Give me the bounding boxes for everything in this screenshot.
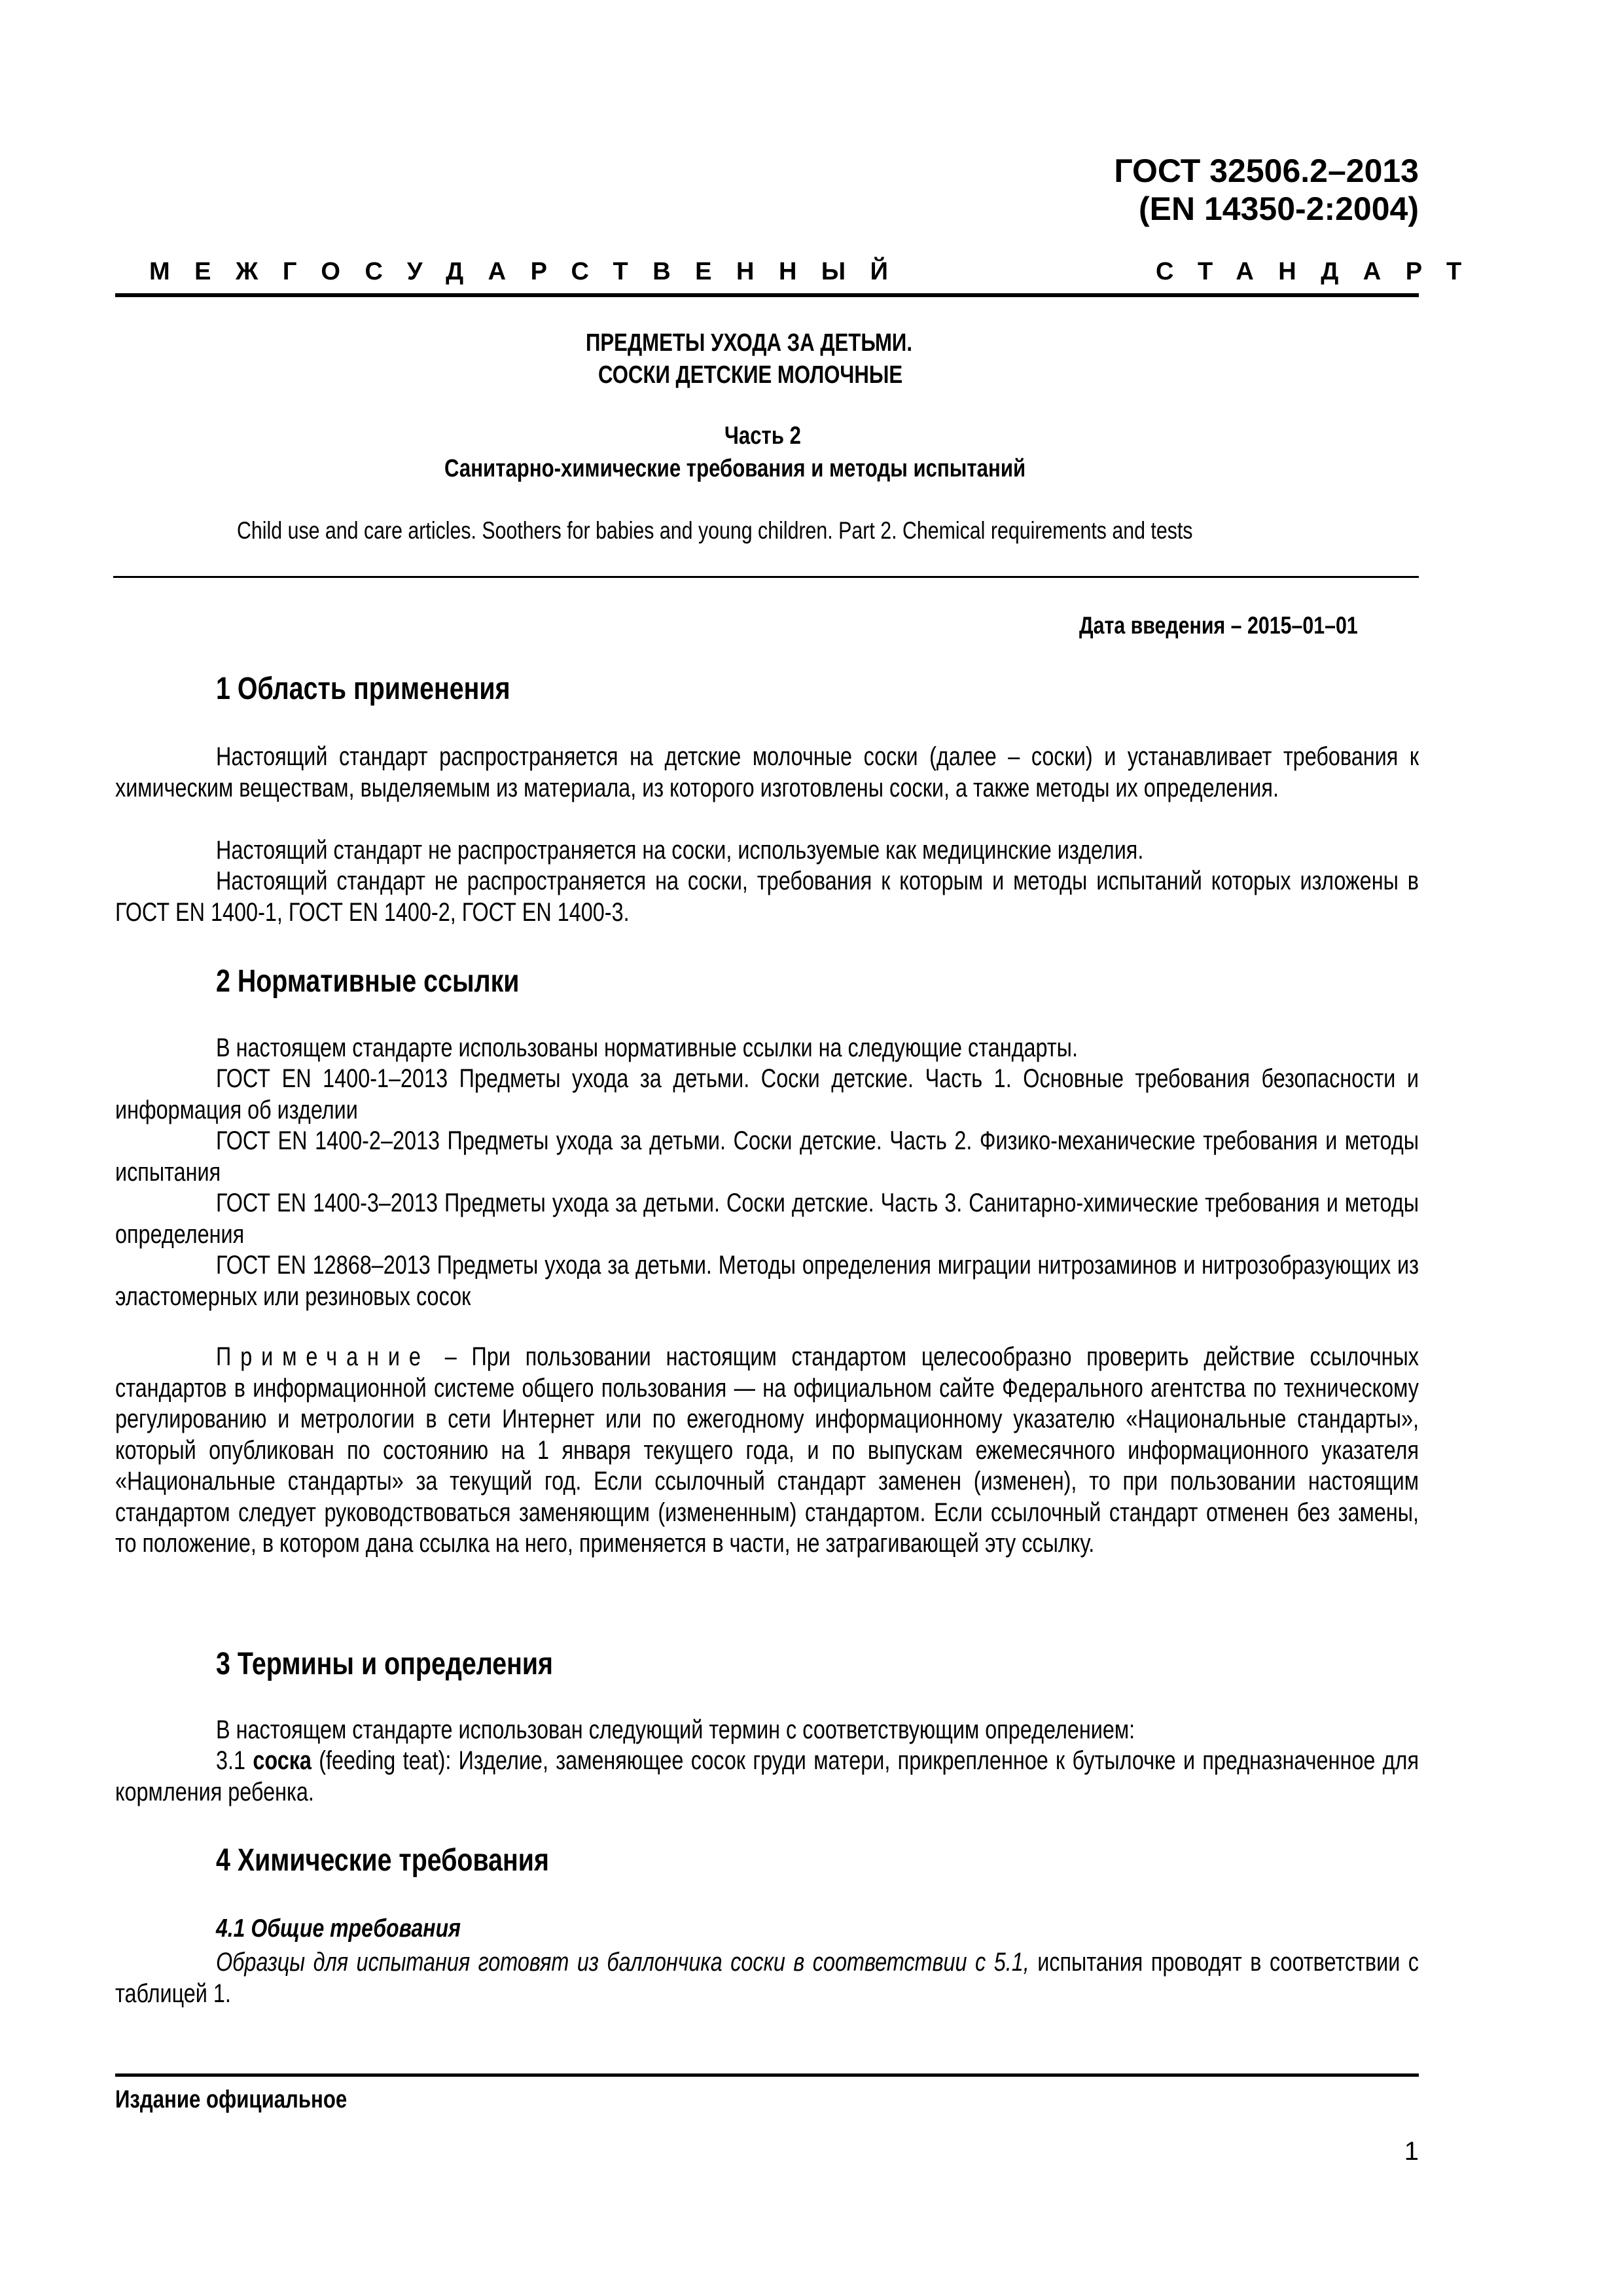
- part-label: Часть 2: [115, 422, 1419, 450]
- section-1-heading: 1 Область применения: [216, 671, 575, 707]
- section-1-paragraph-2: Настоящий стандарт не распространяется н…: [115, 835, 1419, 867]
- section-1-paragraph-1: Настоящий стандарт распространяется на д…: [115, 742, 1419, 804]
- section-3-heading: 3 Термины и определения: [216, 1646, 627, 1682]
- section-2-intro: В настоящем стандарте использованы норма…: [115, 1033, 1419, 1064]
- introduction-date: Дата введения – 2015–01–01: [1018, 612, 1419, 639]
- title-line-2: СОСКИ ДЕТСКИЕ МОЛОЧНЫЕ: [115, 361, 1419, 389]
- page-number: 1: [1404, 2137, 1419, 2166]
- title-rule: [113, 576, 1419, 578]
- subsection-4-1-heading: 4.1 Общие требования: [216, 1914, 514, 1943]
- section-3-intro: В настоящем стандарте использован следую…: [115, 1715, 1419, 1746]
- section-2-note: Примечание – При пользовании настоящим с…: [115, 1342, 1419, 1560]
- section-4-heading: 4 Химические требования: [216, 1842, 622, 1878]
- standard-designation: ГОСТ 32506.2–2013 (EN 14350-2:2004): [1114, 152, 1419, 228]
- section-2-heading: 2 Нормативные ссылки: [216, 963, 586, 999]
- title-line-1: ПРЕДМЕТЫ УХОДА ЗА ДЕТЬМИ.: [115, 329, 1419, 357]
- english-title: Child use and care articles. Soothers fo…: [115, 517, 1419, 545]
- designation-en-equivalent: (EN 14350-2:2004): [1114, 190, 1419, 228]
- interstate-standard-banner: МЕЖГОСУДАРСТВЕННЫЙ СТАНДАРТ: [115, 250, 1419, 289]
- normative-reference-4: ГОСТ EN 12868–2013 Предметы ухода за дет…: [115, 1250, 1419, 1312]
- footer-rule: [115, 2073, 1419, 2077]
- part-subtitle: Санитарно-химические требования и методы…: [115, 455, 1419, 483]
- subsection-4-1-paragraph: Образцы для испытания готовят из баллонч…: [115, 1947, 1419, 2009]
- term-name: соска: [253, 1746, 312, 1775]
- header-rule: [115, 293, 1419, 297]
- designation-number: ГОСТ 32506.2–2013: [1114, 152, 1419, 190]
- normative-reference-3: ГОСТ EN 1400-3–2013 Предметы ухода за де…: [115, 1188, 1419, 1250]
- banner-word-interstate: МЕЖГОСУДАРСТВЕННЫЙ: [149, 258, 912, 286]
- note-label: Примечание: [216, 1342, 430, 1371]
- section-1-paragraph-3: Настоящий стандарт не распространяется н…: [115, 866, 1419, 928]
- term-definition-feeding-teat: 3.1 соска (feeding teat): Изделие, замен…: [115, 1746, 1419, 1808]
- banner-word-standard: СТАНДАРТ: [1156, 258, 1486, 286]
- normative-reference-1: ГОСТ EN 1400-1–2013 Предметы ухода за де…: [115, 1064, 1419, 1126]
- official-edition-label: Издание официальное: [115, 2086, 398, 2114]
- normative-reference-2: ГОСТ EN 1400-2–2013 Предметы ухода за де…: [115, 1126, 1419, 1188]
